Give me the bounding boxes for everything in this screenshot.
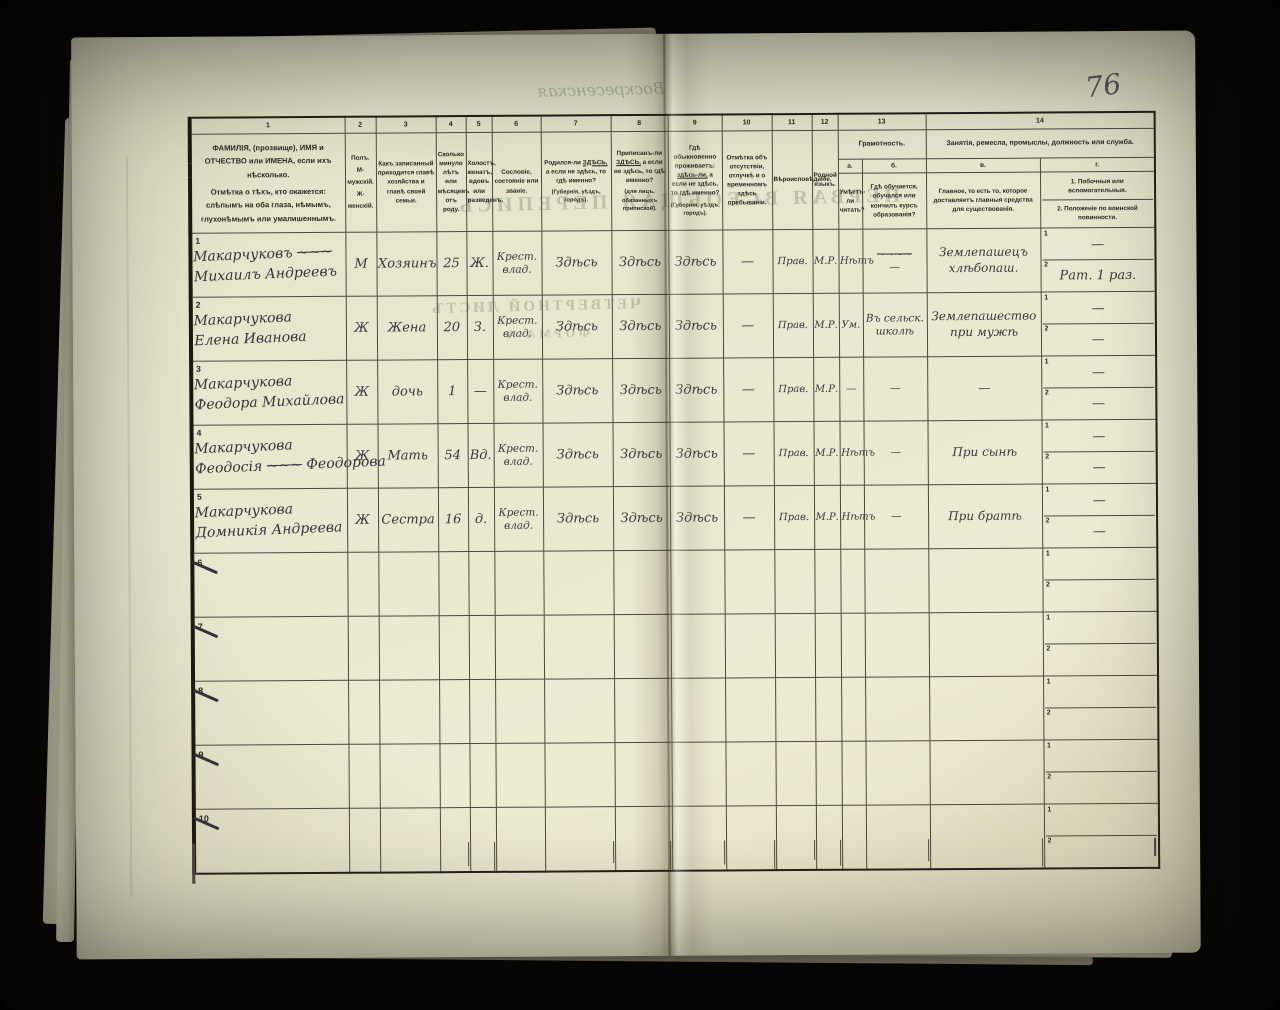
row-number-crossed: 6 bbox=[197, 558, 202, 568]
cell-name: 8 bbox=[193, 680, 348, 745]
cell-empty bbox=[841, 741, 865, 805]
cell-empty bbox=[439, 744, 469, 808]
cell-empty bbox=[378, 552, 438, 616]
col-num: 14 bbox=[926, 112, 1155, 130]
table-edge-tick bbox=[928, 839, 929, 861]
cell-empty bbox=[614, 678, 671, 742]
table-row: 5 МакарчуковаДомникія Андреева Ж Сестра … bbox=[192, 483, 1157, 553]
header-estate: Сословіе, состояніе или званіе. bbox=[492, 132, 542, 231]
header-can-read: Умѣетъ-ли читать? bbox=[838, 173, 862, 229]
cell-relation: Хозяинъ bbox=[376, 232, 436, 296]
side-sub1: 1 bbox=[1045, 741, 1157, 772]
cell-side-occupation: 1 2 bbox=[1042, 547, 1157, 612]
cell-empty bbox=[544, 743, 614, 807]
header-absence: Отмѣтка объ отсутствіи, отлучкѣ и о врем… bbox=[722, 131, 773, 230]
label-b: б. bbox=[862, 159, 926, 173]
cell-sex: М bbox=[345, 232, 376, 296]
side-sub2: 2 bbox=[1045, 707, 1157, 739]
table-edge-tick bbox=[1154, 838, 1156, 856]
bleedthrough-handwriting: Воскресенская bbox=[537, 79, 665, 101]
cell-empty bbox=[776, 805, 816, 870]
cell-empty bbox=[670, 550, 724, 614]
cell-sex: Ж bbox=[346, 296, 377, 360]
cell-empty bbox=[671, 614, 725, 678]
cell-marital: З. bbox=[467, 295, 493, 359]
cell-school: Въ сельск. школѣ bbox=[863, 293, 927, 357]
cell-name: 5 МакарчуковаДомникія Андреева bbox=[192, 488, 347, 553]
side-sub1: 1 bbox=[1045, 677, 1157, 708]
cell-empty bbox=[614, 614, 671, 678]
header-name-column: ФАМИЛІЯ, (прозвище), ИМЯ и ОТЧЕСТВО или … bbox=[190, 133, 346, 233]
cell-empty bbox=[543, 551, 613, 615]
table-row: 4 Макарчукова Феодосія ~~~ Феодорова Ж М… bbox=[192, 419, 1157, 489]
table-row-empty: 9 1 2 bbox=[193, 739, 1158, 809]
cell-religion: Прав. bbox=[773, 357, 813, 421]
col-num: 10 bbox=[722, 114, 772, 131]
table-edge-tick bbox=[670, 841, 671, 869]
table-edge-tick bbox=[774, 840, 775, 870]
cell-absence: — bbox=[722, 230, 772, 294]
cell-empty bbox=[349, 808, 380, 873]
col-num: 1 bbox=[190, 117, 345, 134]
cell-estate: Крест. влад. bbox=[493, 423, 542, 487]
side-sub2: 2— bbox=[1043, 387, 1155, 419]
cell-empty bbox=[815, 613, 841, 677]
cell-registered: Здѣсь bbox=[613, 486, 670, 550]
cell-born: Здѣсь bbox=[541, 231, 611, 295]
cell-empty bbox=[866, 805, 930, 870]
table-row-empty: 8 1 2 bbox=[193, 675, 1158, 745]
cell-literacy: Нѣтъ bbox=[839, 421, 863, 485]
cell-occupation: Землепашецъ хлѣбопаш. bbox=[926, 228, 1040, 293]
cell-empty bbox=[672, 806, 726, 871]
table-edge-tick bbox=[724, 840, 725, 864]
header-sex: Полъ.М-мужскій.Ж-женскій. bbox=[345, 133, 377, 232]
cell-empty bbox=[928, 548, 1042, 613]
cell-side-occupation: 1 2 bbox=[1043, 739, 1158, 804]
header-relation: Какъ записанный приходится главѣ хозяйст… bbox=[376, 133, 437, 232]
cell-estate: Крест. влад. bbox=[494, 487, 543, 551]
cell-religion: Прав. bbox=[773, 293, 813, 357]
table-body: 1 Макарчуковъ ~~~ Михаилъ Андреевъ М Хоз… bbox=[190, 227, 1159, 873]
col-num: 12 bbox=[812, 114, 838, 131]
side-sub1: 1— bbox=[1042, 229, 1154, 260]
table-row: 3 МакарчуковаФеодора Михайлова Ж дочь 1 … bbox=[191, 355, 1156, 425]
census-table-wrap: 1 2 3 4 5 6 7 8 9 10 11 12 13 bbox=[188, 111, 1161, 875]
cell-empty bbox=[816, 805, 842, 870]
cell-resides: Здѣсь bbox=[669, 294, 723, 358]
side-sub2: 2 bbox=[1044, 579, 1156, 611]
cell-empty bbox=[613, 550, 670, 614]
cell-empty bbox=[929, 740, 1043, 805]
cell-occupation: При братѣ bbox=[928, 484, 1042, 549]
cell-empty bbox=[348, 616, 379, 680]
cell-name: 2 МакарчуковаЕлена Иванова bbox=[191, 296, 346, 361]
cell-empty bbox=[469, 743, 495, 807]
header-marital: Холостъ, женатъ, вдовъ или разведенъ. bbox=[466, 132, 493, 231]
row-number: 5 bbox=[197, 492, 202, 502]
cell-side-occupation: 1— 2Рат. 1 раз. bbox=[1040, 227, 1155, 292]
cell-literacy: — bbox=[839, 357, 863, 421]
cell-marital: Ж. bbox=[466, 231, 492, 295]
cell-side-occupation: 1— 2— bbox=[1042, 483, 1157, 548]
col-num: 7 bbox=[541, 115, 611, 132]
side-sub1: 1— bbox=[1042, 293, 1154, 324]
cell-born: Здѣсь bbox=[542, 423, 612, 487]
side-sub2: 2— bbox=[1043, 451, 1155, 483]
cell-empty bbox=[495, 615, 544, 679]
cell-empty bbox=[815, 741, 841, 805]
cell-side-occupation: 1 2 bbox=[1043, 611, 1158, 676]
cell-empty bbox=[379, 680, 439, 744]
side-sub2: 2Рат. 1 раз. bbox=[1042, 259, 1154, 291]
cell-age: 25 bbox=[436, 232, 466, 296]
cell-age: 1 bbox=[437, 360, 467, 424]
cell-born: Здѣсь bbox=[543, 487, 613, 551]
table-row: 2 МакарчуковаЕлена Иванова Ж Жена 20 З. … bbox=[191, 291, 1156, 361]
cell-age: 16 bbox=[438, 488, 468, 552]
header-resides: Гдѣ обыкновенно проживаетъ: здѣсь-ли, а … bbox=[668, 131, 723, 230]
cell-resides: Здѣсь bbox=[670, 486, 724, 550]
cell-resides: Здѣсь bbox=[668, 230, 722, 294]
table-row-empty: 10 1 2 bbox=[194, 803, 1159, 873]
table-row-empty: 6 1 2 bbox=[192, 547, 1157, 617]
col-num: 6 bbox=[492, 116, 541, 133]
cell-registered: Здѣсь bbox=[612, 422, 669, 486]
col-num: 5 bbox=[466, 116, 492, 133]
cell-empty bbox=[440, 808, 470, 873]
side-sub2: 2 bbox=[1046, 835, 1158, 867]
cell-empty bbox=[671, 678, 725, 742]
table-edge-tick bbox=[613, 841, 614, 863]
cell-absence: — bbox=[723, 422, 773, 486]
col-num: 9 bbox=[668, 114, 722, 131]
table-edge-tick bbox=[494, 842, 495, 872]
cell-registered: Здѣсь bbox=[612, 358, 669, 422]
side-sub2: 2— bbox=[1042, 323, 1154, 355]
table-row-empty: 7 1 2 bbox=[193, 611, 1158, 681]
photo-background: ПЕРВАЯ ВСЕОБЩАЯ ПЕРЕПИСЬ ЧЕТВЕРТНОЙ ЛИСТ… bbox=[0, 0, 1280, 1010]
page-seam bbox=[126, 157, 133, 897]
cell-empty bbox=[494, 551, 543, 615]
cell-literacy: Ум. bbox=[839, 293, 863, 357]
cell-empty bbox=[379, 744, 439, 808]
cell-occupation: Землепашество при мужѣ bbox=[927, 292, 1041, 357]
col-num: 13 bbox=[838, 113, 926, 130]
cell-empty bbox=[379, 616, 439, 680]
cell-language: М.Р. bbox=[813, 293, 839, 357]
side-sub1: 1 bbox=[1044, 549, 1156, 580]
cell-estate: Крест. влад. bbox=[493, 359, 542, 423]
header-literacy-group: Грамотность. bbox=[838, 130, 926, 160]
cell-empty bbox=[380, 808, 440, 873]
cell-resides: Здѣсь bbox=[669, 358, 723, 422]
cell-side-occupation: 1— 2— bbox=[1041, 291, 1156, 356]
cell-literacy: Нѣтъ bbox=[840, 485, 864, 549]
cell-empty bbox=[348, 680, 379, 744]
cell-language: М.Р. bbox=[813, 421, 839, 485]
cell-resides: Здѣсь bbox=[669, 422, 723, 486]
cell-empty bbox=[842, 805, 866, 870]
cell-empty bbox=[865, 677, 929, 741]
label-g: г. bbox=[1040, 157, 1155, 172]
cell-empty bbox=[348, 744, 379, 808]
row-number-crossed: 8 bbox=[198, 686, 203, 696]
open-book: ПЕРВАЯ ВСЕОБЩАЯ ПЕРЕПИСЬ ЧЕТВЕРТНОЙ ЛИСТ… bbox=[0, 0, 1280, 1010]
cell-marital: Вд. bbox=[467, 423, 493, 487]
header-language: Родной языкъ. bbox=[812, 130, 839, 229]
cell-relation: дочь bbox=[377, 360, 437, 424]
cell-empty bbox=[469, 615, 495, 679]
table-edge-tick bbox=[1042, 839, 1043, 867]
cell-language: М.Р. bbox=[814, 485, 840, 549]
side-sub1: 1— bbox=[1043, 485, 1155, 516]
census-table: 1 2 3 4 5 6 7 8 9 10 11 12 13 bbox=[188, 111, 1161, 875]
cell-empty bbox=[864, 549, 928, 613]
cell-name: 3 МакарчуковаФеодора Михайлова bbox=[191, 360, 346, 425]
table-header: 1 2 3 4 5 6 7 8 9 10 11 12 13 bbox=[190, 112, 1156, 233]
row-number: 3 bbox=[196, 364, 201, 374]
cell-empty bbox=[495, 679, 544, 743]
row-number: 1 bbox=[195, 236, 200, 246]
cell-school: — bbox=[863, 357, 927, 421]
cell-born: Здѣсь bbox=[542, 295, 612, 359]
row-number-crossed: 7 bbox=[198, 622, 203, 632]
table-row: 1 Макарчуковъ ~~~ Михаилъ Андреевъ М Хоз… bbox=[190, 227, 1155, 297]
cell-name: 9 bbox=[193, 744, 348, 809]
side-sub1: 1— bbox=[1043, 357, 1155, 388]
row-number-crossed: 9 bbox=[198, 750, 203, 760]
cell-relation: Жена bbox=[377, 296, 437, 360]
col-num: 4 bbox=[436, 116, 466, 133]
cell-empty bbox=[347, 552, 378, 616]
cell-empty bbox=[930, 804, 1044, 869]
cell-name: 1 Макарчуковъ ~~~ Михаилъ Андреевъ bbox=[190, 232, 345, 297]
side-sub2: 2 bbox=[1045, 771, 1157, 803]
header-occupation-group: Занятія, ремесла, промыслы, должность ил… bbox=[926, 128, 1155, 158]
table-edge-tick bbox=[840, 840, 841, 866]
cell-empty bbox=[775, 741, 815, 805]
cell-empty bbox=[725, 742, 775, 806]
cell-sex: Ж bbox=[346, 360, 377, 424]
header-born: Родился-ли ЗДѢСЬ, а если не здѣсь, то гд… bbox=[541, 132, 612, 231]
cell-empty bbox=[774, 549, 814, 613]
cell-relation: Мать bbox=[378, 424, 438, 488]
header-where-studied: Гдѣ обучается, обучался или кончилъ курс… bbox=[862, 173, 926, 229]
cell-empty bbox=[815, 677, 841, 741]
cell-empty bbox=[840, 549, 864, 613]
cell-registered: Здѣсь bbox=[612, 294, 669, 358]
cell-occupation: — bbox=[927, 356, 1041, 421]
cell-registered: Здѣсь bbox=[611, 230, 668, 294]
col-num: 3 bbox=[376, 116, 436, 133]
col-num: 2 bbox=[345, 117, 376, 134]
cell-empty bbox=[671, 742, 725, 806]
cell-side-occupation: 1— 2— bbox=[1041, 355, 1156, 420]
cell-side-occupation: 1— 2— bbox=[1042, 419, 1157, 484]
folio-number: 76 bbox=[1083, 67, 1123, 104]
cell-empty bbox=[544, 679, 614, 743]
header-registered: Приписанъ-ли ЗДѢСЬ, а если не здѣсь, то … bbox=[611, 131, 669, 230]
cell-empty bbox=[726, 806, 776, 871]
cell-empty bbox=[544, 615, 614, 679]
cell-age: 20 bbox=[437, 296, 467, 360]
cell-name: 7 bbox=[193, 616, 348, 681]
col-num: 11 bbox=[772, 114, 812, 131]
cell-empty bbox=[929, 676, 1043, 741]
cell-estate: Крест. влад. bbox=[493, 295, 542, 359]
cell-empty bbox=[775, 677, 815, 741]
cell-side-occupation: 1 2 bbox=[1043, 675, 1158, 740]
cell-born: Здѣсь bbox=[542, 359, 612, 423]
cell-empty bbox=[469, 679, 495, 743]
cell-religion: Прав. bbox=[772, 229, 812, 293]
cell-empty bbox=[614, 742, 671, 806]
row-number-crossed: 10 bbox=[199, 814, 209, 824]
cell-empty bbox=[814, 549, 840, 613]
label-a: а. bbox=[838, 159, 862, 173]
cell-absence: — bbox=[723, 358, 773, 422]
side-sub2: 2 bbox=[1044, 643, 1156, 675]
cell-name: 6 bbox=[192, 552, 347, 617]
cell-religion: Прав. bbox=[774, 485, 814, 549]
cell-marital: — bbox=[467, 359, 493, 423]
label-v: в. bbox=[926, 158, 1040, 173]
cell-name: 4 Макарчукова Феодосія ~~~ Феодорова bbox=[192, 424, 347, 489]
cell-empty bbox=[496, 807, 545, 872]
table-edge-tick bbox=[468, 842, 469, 866]
cell-estate: Крест. влад. bbox=[492, 231, 541, 295]
side-sub1: 1 bbox=[1044, 613, 1156, 644]
cell-empty bbox=[725, 678, 775, 742]
cell-empty bbox=[470, 807, 496, 872]
side-sub2: 2— bbox=[1044, 515, 1156, 547]
cell-language: М.Р. bbox=[813, 357, 839, 421]
cell-empty bbox=[545, 807, 615, 872]
cell-absence: — bbox=[724, 486, 774, 550]
header-side-occupation: 1. Побочныя или вспомогательныя. 2. Поло… bbox=[1040, 171, 1155, 228]
cell-age: 54 bbox=[437, 424, 467, 488]
header-age: Сколько минуло лѣтъ или мѣсяцевъ отъ род… bbox=[436, 133, 467, 232]
cell-empty bbox=[865, 741, 929, 805]
table-edge-tick bbox=[192, 844, 195, 884]
cell-empty bbox=[929, 612, 1043, 677]
cell-empty bbox=[841, 677, 865, 741]
cell-empty bbox=[724, 550, 774, 614]
cell-empty bbox=[841, 613, 865, 677]
cell-marital: д. bbox=[468, 487, 494, 551]
cell-literacy: Нѣтъ bbox=[838, 229, 862, 293]
cell-language: М.Р. bbox=[812, 229, 838, 293]
header-religion: Вѣроисповѣданіе. bbox=[772, 130, 813, 229]
cell-empty bbox=[439, 616, 469, 680]
cell-occupation: При сынѣ bbox=[928, 420, 1042, 485]
census-sheet: ПЕРВАЯ ВСЕОБЩАЯ ПЕРЕПИСЬ ЧЕТВЕРТНОЙ ЛИСТ… bbox=[71, 31, 1201, 960]
side-sub1: 1 bbox=[1045, 805, 1157, 836]
col-num: 8 bbox=[611, 115, 668, 132]
cell-absence: — bbox=[723, 294, 773, 358]
cell-sex: Ж bbox=[347, 488, 378, 552]
cell-empty bbox=[468, 551, 494, 615]
cell-name: 10 bbox=[194, 808, 349, 873]
table-edge-tick bbox=[814, 840, 815, 860]
row-number: 4 bbox=[197, 428, 202, 438]
cell-empty bbox=[439, 680, 469, 744]
header-main-occupation: Главное, то есть то, которое доставляетъ… bbox=[926, 172, 1040, 229]
cell-side-occupation: 1 2 bbox=[1044, 803, 1159, 868]
cell-empty bbox=[865, 613, 929, 677]
row-number: 2 bbox=[196, 300, 201, 310]
cell-empty bbox=[495, 743, 544, 807]
cell-empty bbox=[775, 613, 815, 677]
cell-religion: Прав. bbox=[773, 421, 813, 485]
cell-empty bbox=[438, 552, 468, 616]
cell-relation: Сестра bbox=[378, 488, 438, 552]
side-sub1: 1— bbox=[1043, 421, 1155, 452]
cell-empty bbox=[725, 614, 775, 678]
cell-empty bbox=[615, 806, 672, 871]
